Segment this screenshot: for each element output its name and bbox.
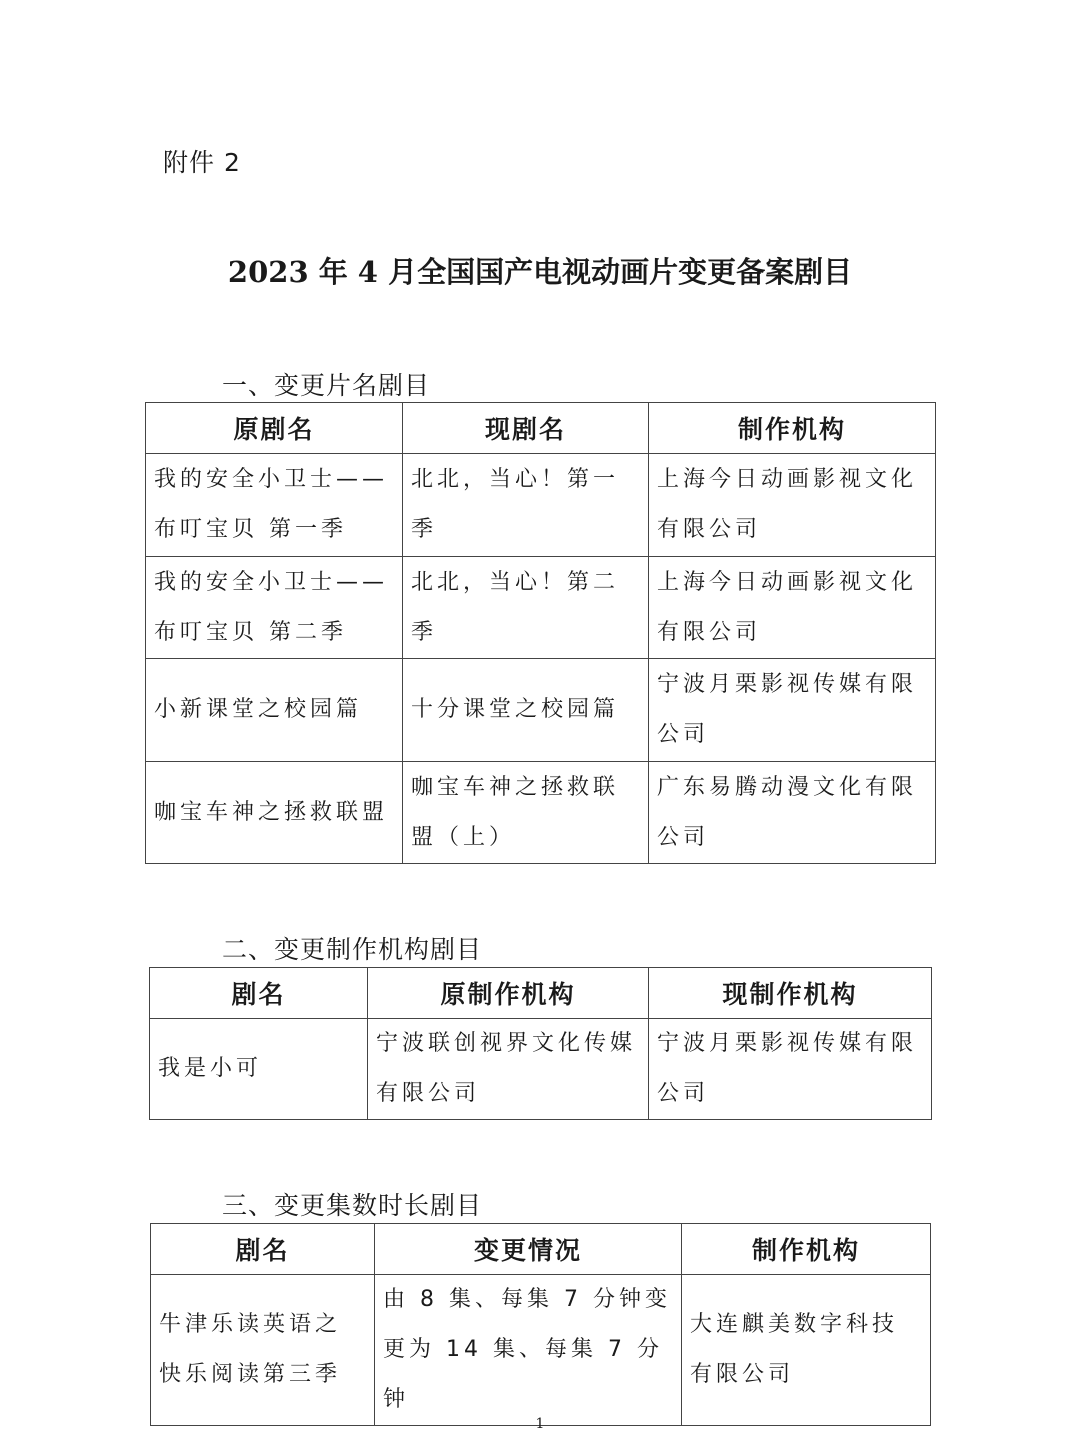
table-cell: 小新课堂之校园篇	[146, 659, 403, 762]
attachment-label: 附件 2	[163, 143, 241, 179]
column-header: 剧名	[150, 968, 368, 1019]
section-heading-producer-change: 二、变更制作机构剧目	[222, 930, 482, 966]
table-cell: 上海今日动画影视文化有限公司	[649, 557, 936, 659]
table-cell: 宁波联创视界文化传媒有限公司	[368, 1019, 649, 1120]
table-cell: 上海今日动画影视文化有限公司	[649, 454, 936, 557]
column-header: 变更情况	[375, 1224, 682, 1275]
producer-change-table: 剧名 原制作机构 现制作机构 我是小可 宁波联创视界文化传媒有限公司 宁波月栗影…	[149, 967, 932, 1120]
column-header: 制作机构	[682, 1224, 931, 1275]
table-row: 牛津乐读英语之快乐阅读第三季 由 8 集、每集 7 分钟变更为 14 集、每集 …	[151, 1275, 931, 1426]
table-row: 小新课堂之校园篇 十分课堂之校园篇 宁波月栗影视传媒有限公司	[146, 659, 936, 762]
episode-change-table: 剧名 变更情况 制作机构 牛津乐读英语之快乐阅读第三季 由 8 集、每集 7 分…	[150, 1223, 931, 1426]
name-change-table: 原剧名 现剧名 制作机构 我的安全小卫士——布叮宝贝 第一季 北北，当心！第一季…	[145, 402, 936, 864]
table-cell: 北北，当心！第二季	[403, 557, 649, 659]
table-cell: 我是小可	[150, 1019, 368, 1120]
table-cell: 大连麒美数字科技有限公司	[682, 1275, 931, 1426]
document-title: 2023 年 4 月全国国产电视动画片变更备案剧目	[0, 250, 1080, 291]
column-header: 现剧名	[403, 403, 649, 454]
table-cell: 十分课堂之校园篇	[403, 659, 649, 762]
table-row: 我的安全小卫士——布叮宝贝 第二季 北北，当心！第二季 上海今日动画影视文化有限…	[146, 557, 936, 659]
page-number: 1	[0, 1416, 1080, 1432]
section-heading-episode-change: 三、变更集数时长剧目	[222, 1186, 482, 1222]
table-row: 咖宝车神之拯救联盟 咖宝车神之拯救联盟（上） 广东易腾动漫文化有限公司	[146, 762, 936, 864]
table-cell: 宁波月栗影视传媒有限公司	[649, 659, 936, 762]
table-cell: 咖宝车神之拯救联盟	[146, 762, 403, 864]
table-header-row: 原剧名 现剧名 制作机构	[146, 403, 936, 454]
column-header: 制作机构	[649, 403, 936, 454]
table-cell: 北北，当心！第一季	[403, 454, 649, 557]
column-header: 原剧名	[146, 403, 403, 454]
table-cell: 我的安全小卫士——布叮宝贝 第二季	[146, 557, 403, 659]
table-header-row: 剧名 原制作机构 现制作机构	[150, 968, 932, 1019]
table-cell: 我的安全小卫士——布叮宝贝 第一季	[146, 454, 403, 557]
table-cell: 广东易腾动漫文化有限公司	[649, 762, 936, 864]
column-header: 剧名	[151, 1224, 375, 1275]
table-cell: 宁波月栗影视传媒有限公司	[649, 1019, 932, 1120]
table-cell: 咖宝车神之拯救联盟（上）	[403, 762, 649, 864]
table-row: 我的安全小卫士——布叮宝贝 第一季 北北，当心！第一季 上海今日动画影视文化有限…	[146, 454, 936, 557]
table-row: 我是小可 宁波联创视界文化传媒有限公司 宁波月栗影视传媒有限公司	[150, 1019, 932, 1120]
table-header-row: 剧名 变更情况 制作机构	[151, 1224, 931, 1275]
column-header: 原制作机构	[368, 968, 649, 1019]
table-cell: 牛津乐读英语之快乐阅读第三季	[151, 1275, 375, 1426]
table-cell: 由 8 集、每集 7 分钟变更为 14 集、每集 7 分钟	[375, 1275, 682, 1426]
section-heading-name-change: 一、变更片名剧目	[222, 366, 430, 402]
column-header: 现制作机构	[649, 968, 932, 1019]
